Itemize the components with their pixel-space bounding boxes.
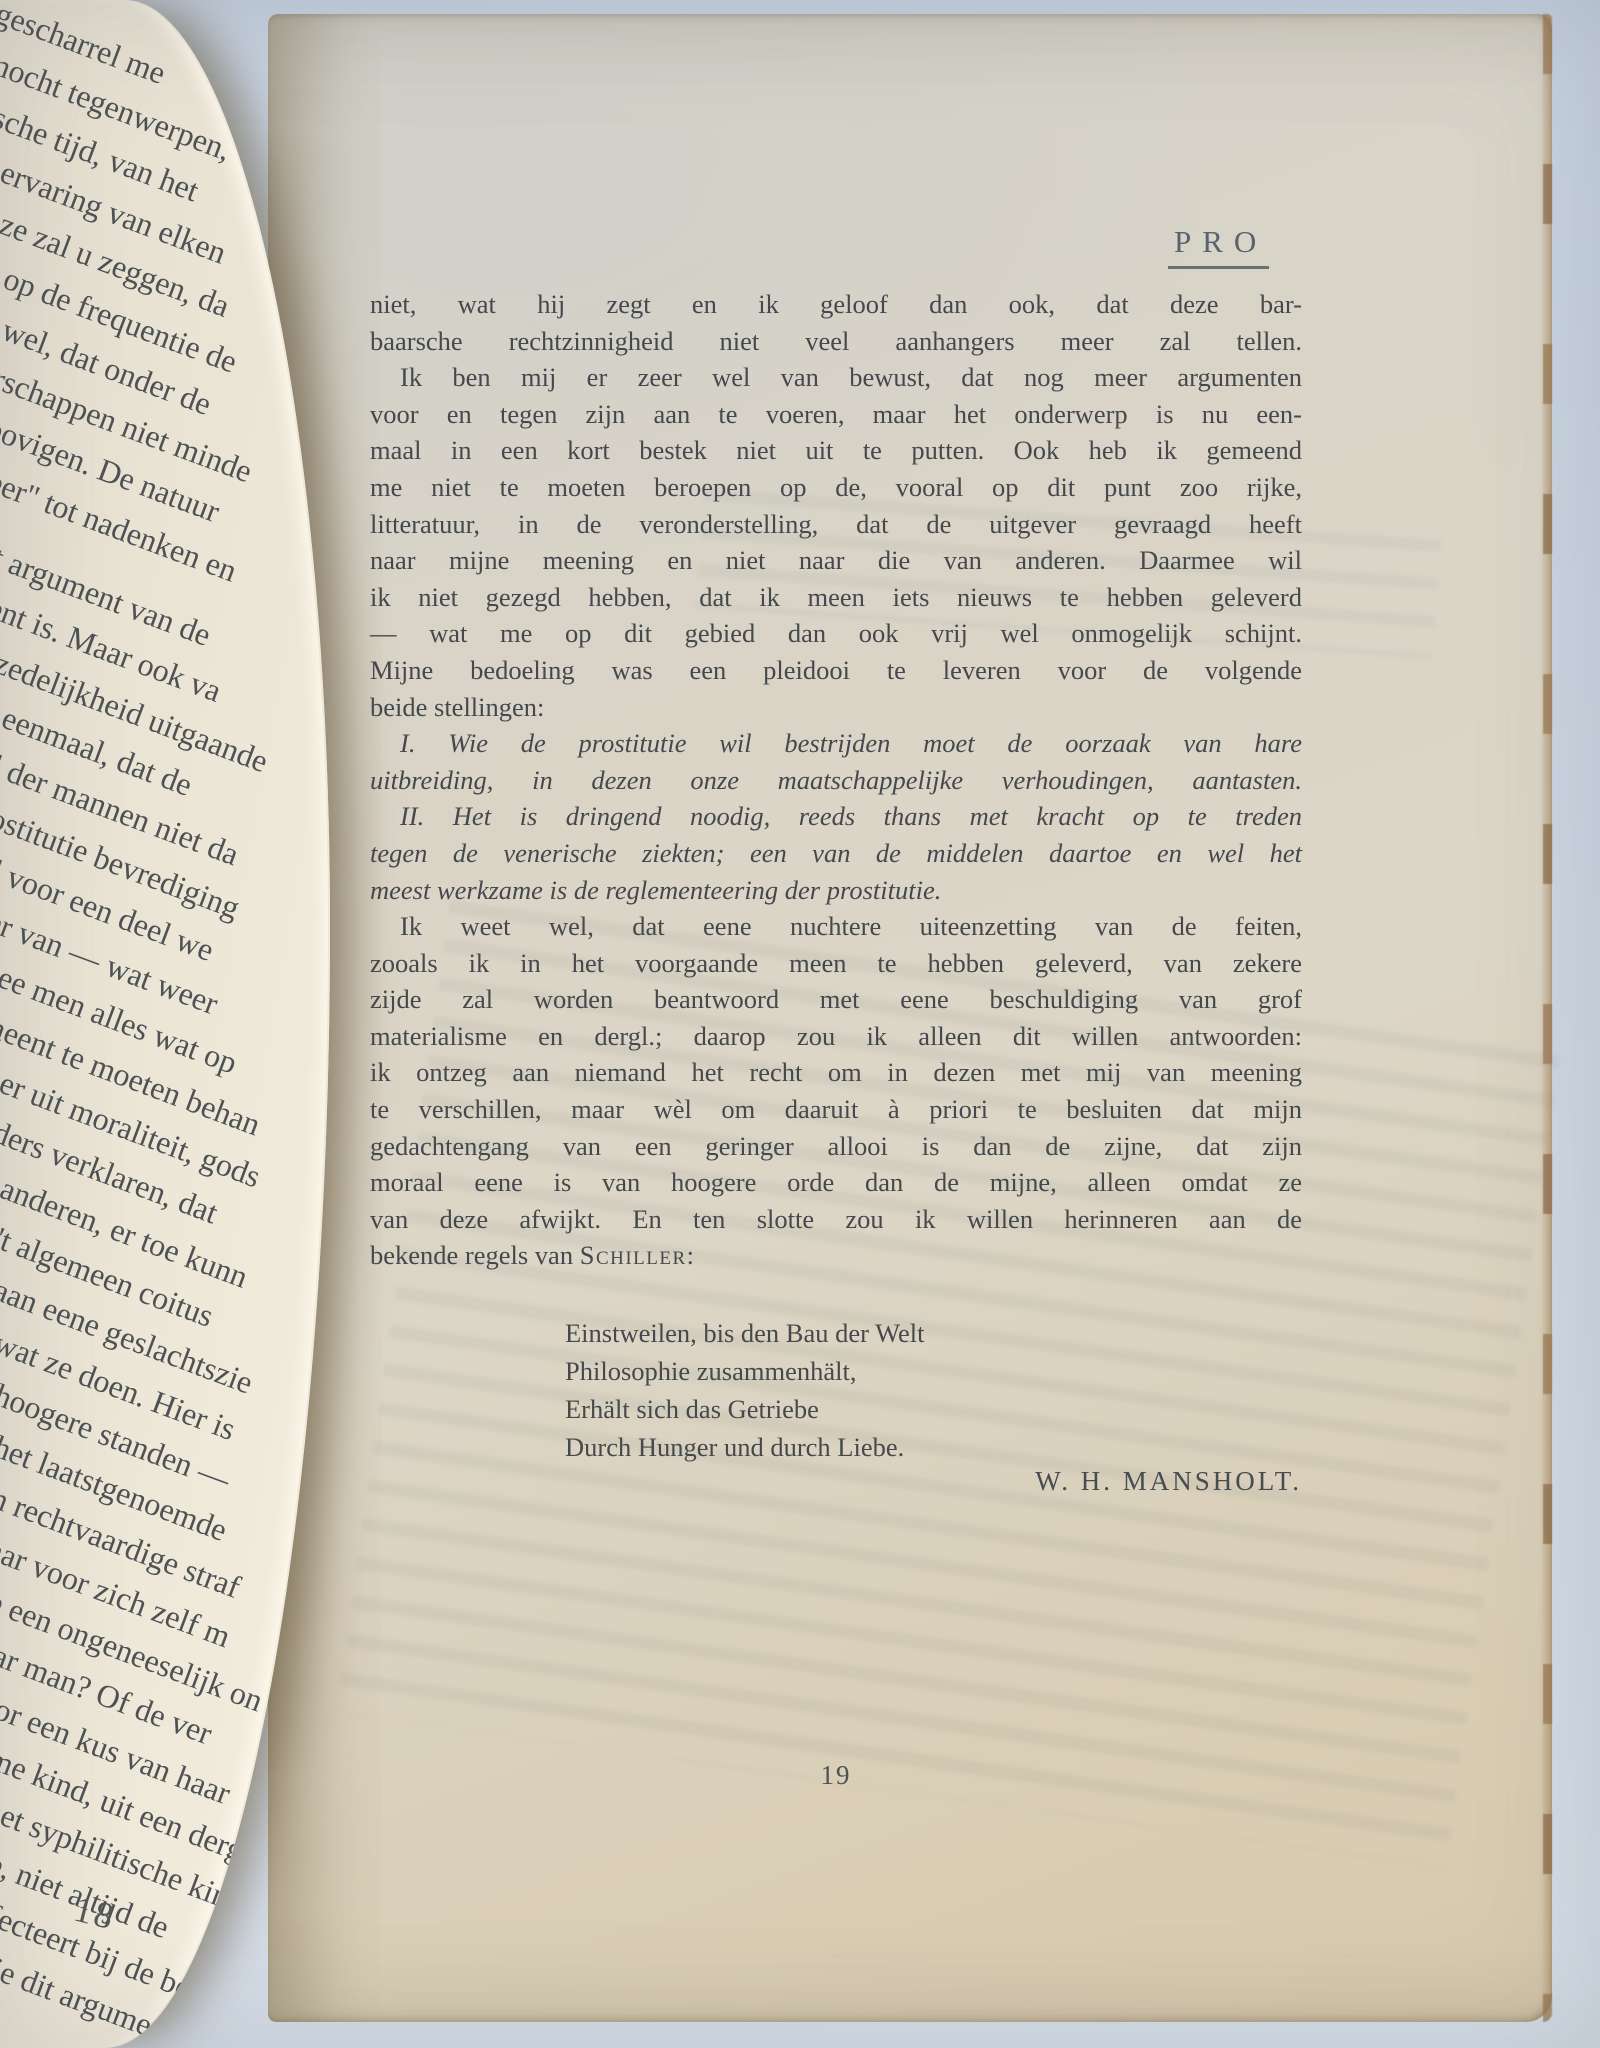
body-text-line: bekende regels van Schiller: <box>370 1237 1302 1274</box>
body-text-line: niet, wat hij zegt en ik geloof dan ook,… <box>370 286 1302 323</box>
body-text-line: I. Wie de prostitutie wil bestrijden moe… <box>370 725 1302 762</box>
body-text-line: Ik ben mij er zeer wel van bewust, dat n… <box>370 359 1302 396</box>
schiller-quote: Einstweilen, bis den Bau der WeltPhiloso… <box>565 1314 924 1466</box>
quote-line: Einstweilen, bis den Bau der Welt <box>565 1314 924 1352</box>
body-text-line: materialisme en dergl.; daarop zou ik al… <box>370 1018 1302 1055</box>
body-text-line: te verschillen, maar wèl om daaruit à pr… <box>370 1091 1302 1128</box>
body-text-line: ik niet gezegd hebben, dat ik meen iets … <box>370 579 1302 616</box>
body-text-line: gedachtengang van een geringer allooi is… <box>370 1128 1302 1165</box>
body-text-line: ik ontzeg aan niemand het recht om in de… <box>370 1054 1302 1091</box>
right-page: PRO niet, wat hij zegt en ik geloof dan … <box>268 14 1552 2022</box>
author-signature: W. H. MANSHOLT. <box>370 1466 1302 1497</box>
body-text-line: maal in een kort bestek niet uit te putt… <box>370 432 1302 469</box>
quote-line: Erhält sich das Getriebe <box>565 1390 924 1428</box>
body-text-line: — wat me op dit gebied dan ook vrij wel … <box>370 615 1302 652</box>
running-header-pro: PRO <box>1168 224 1269 269</box>
body-text-line: van deze afwijkt. En ten slotte zou ik w… <box>370 1201 1302 1238</box>
body-text-line: zooals ik in het voorgaande meen te hebb… <box>370 945 1302 982</box>
body-text-line: beide stellingen: <box>370 689 1302 726</box>
body-text-line: meest werkzame is de reglementeering der… <box>370 872 1302 909</box>
page-deckle-edge <box>1543 14 1552 2022</box>
body-text-line: Ik weet wel, dat eene nuchtere uiteenzet… <box>370 908 1302 945</box>
body-text-line: zijde zal worden beantwoord met eene bes… <box>370 981 1302 1018</box>
body-text: niet, wat hij zegt en ik geloof dan ook,… <box>370 286 1302 1274</box>
quote-line: Durch Hunger und durch Liebe. <box>565 1428 924 1466</box>
body-text-line: II. Het is dringend noodig, reeds thans … <box>370 798 1302 835</box>
author-name-schiller: Schiller <box>580 1240 687 1270</box>
body-text-line: tegen de venerische ziekten; een van de … <box>370 835 1302 872</box>
body-text-line: voor en tegen zijn aan te voeren, maar h… <box>370 396 1302 433</box>
book-photo: PRO niet, wat hij zegt en ik geloof dan … <box>0 0 1600 2048</box>
body-text-line: me niet te moeten beroepen op de, vooral… <box>370 469 1302 506</box>
body-text-line: baarsche rechtzinnigheid niet veel aanha… <box>370 323 1302 360</box>
body-text-line: uitbreiding, in dezen onze maatschappeli… <box>370 762 1302 799</box>
page-number-19: 19 <box>370 1760 1302 1791</box>
quote-line: Philosophie zusammenhält, <box>565 1352 924 1390</box>
body-text-line: moraal eene is van hoogere orde dan de m… <box>370 1164 1302 1201</box>
body-text-line: litteratuur, in de veronderstelling, dat… <box>370 506 1302 543</box>
body-text-line: Mijne bedoeling was een pleidooi te leve… <box>370 652 1302 689</box>
body-text-line: naar mijne meening en niet naar die van … <box>370 542 1302 579</box>
